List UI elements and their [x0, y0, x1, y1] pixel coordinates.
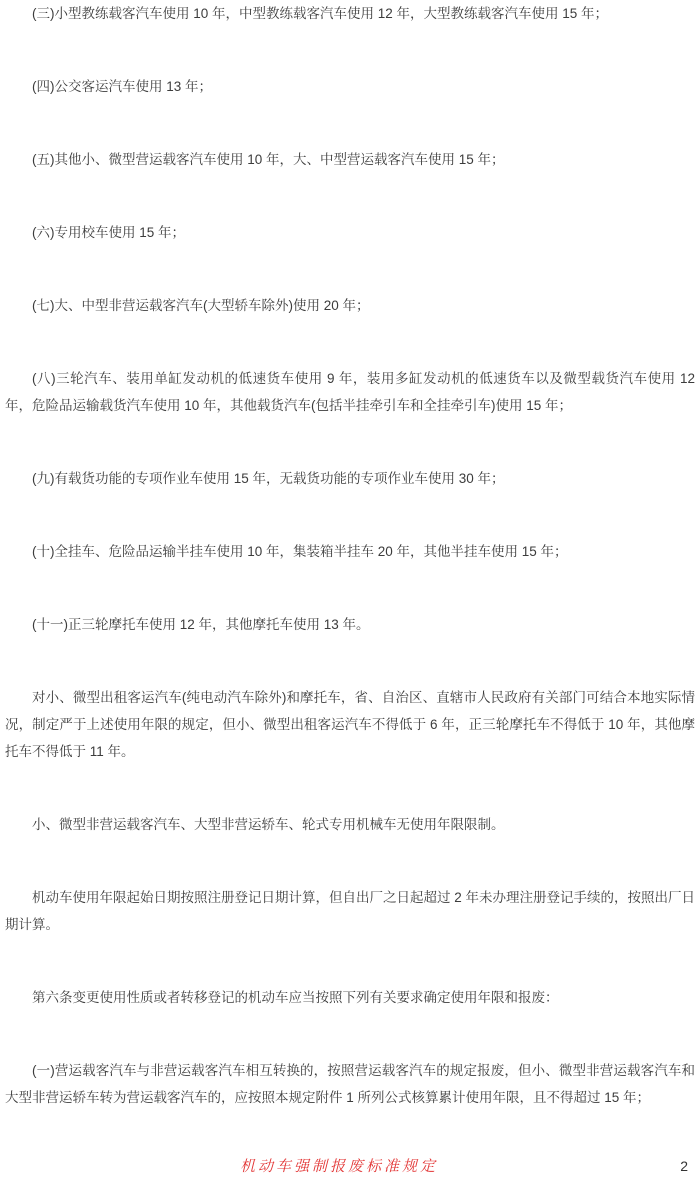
- paragraph: 机动车使用年限起始日期按照注册登记日期计算，但自出厂之日起超过 2 年未办理注册…: [5, 884, 695, 938]
- paragraph: (四)公交客运汽车使用 13 年；: [5, 73, 695, 100]
- footer: 机动车强制报废标准规定 2: [0, 1155, 700, 1177]
- paragraph: (一)营运载客汽车与非营运载客汽车相互转换的，按照营运载客汽车的规定报废，但小、…: [5, 1057, 695, 1111]
- paragraph: 对小、微型出租客运汽车(纯电动汽车除外)和摩托车，省、自治区、直辖市人民政府有关…: [5, 684, 695, 765]
- paragraph: (七)大、中型非营运载客汽车(大型轿车除外)使用 20 年；: [5, 292, 695, 319]
- page-number: 2: [680, 1155, 688, 1177]
- paragraph: (三)小型教练载客汽车使用 10 年，中型教练载客汽车使用 12 年，大型教练载…: [5, 0, 695, 27]
- paragraph: (十一)正三轮摩托车使用 12 年，其他摩托车使用 13 年。: [5, 611, 695, 638]
- document-page: (三)小型教练载客汽车使用 10 年，中型教练载客汽车使用 12 年，大型教练载…: [0, 0, 700, 1182]
- paragraph: 第六条变更使用性质或者转移登记的机动车应当按照下列有关要求确定使用年限和报废：: [5, 984, 695, 1011]
- paragraph: (八)三轮汽车、装用单缸发动机的低速货车使用 9 年，装用多缸发动机的低速货车以…: [5, 365, 695, 419]
- paragraph: (九)有载货功能的专项作业车使用 15 年，无载货功能的专项作业车使用 30 年…: [5, 465, 695, 492]
- paragraph: (五)其他小、微型营运载客汽车使用 10 年，大、中型营运载客汽车使用 15 年…: [5, 146, 695, 173]
- document-body: (三)小型教练载客汽车使用 10 年，中型教练载客汽车使用 12 年，大型教练载…: [0, 0, 700, 1111]
- paragraph: (六)专用校车使用 15 年；: [5, 219, 695, 246]
- footer-title: 机动车强制报废标准规定: [0, 1155, 689, 1177]
- paragraph: (十)全挂车、危险品运输半挂车使用 10 年，集装箱半挂车 20 年，其他半挂车…: [5, 538, 695, 565]
- paragraph: 小、微型非营运载客汽车、大型非营运轿车、轮式专用机械车无使用年限限制。: [5, 811, 695, 838]
